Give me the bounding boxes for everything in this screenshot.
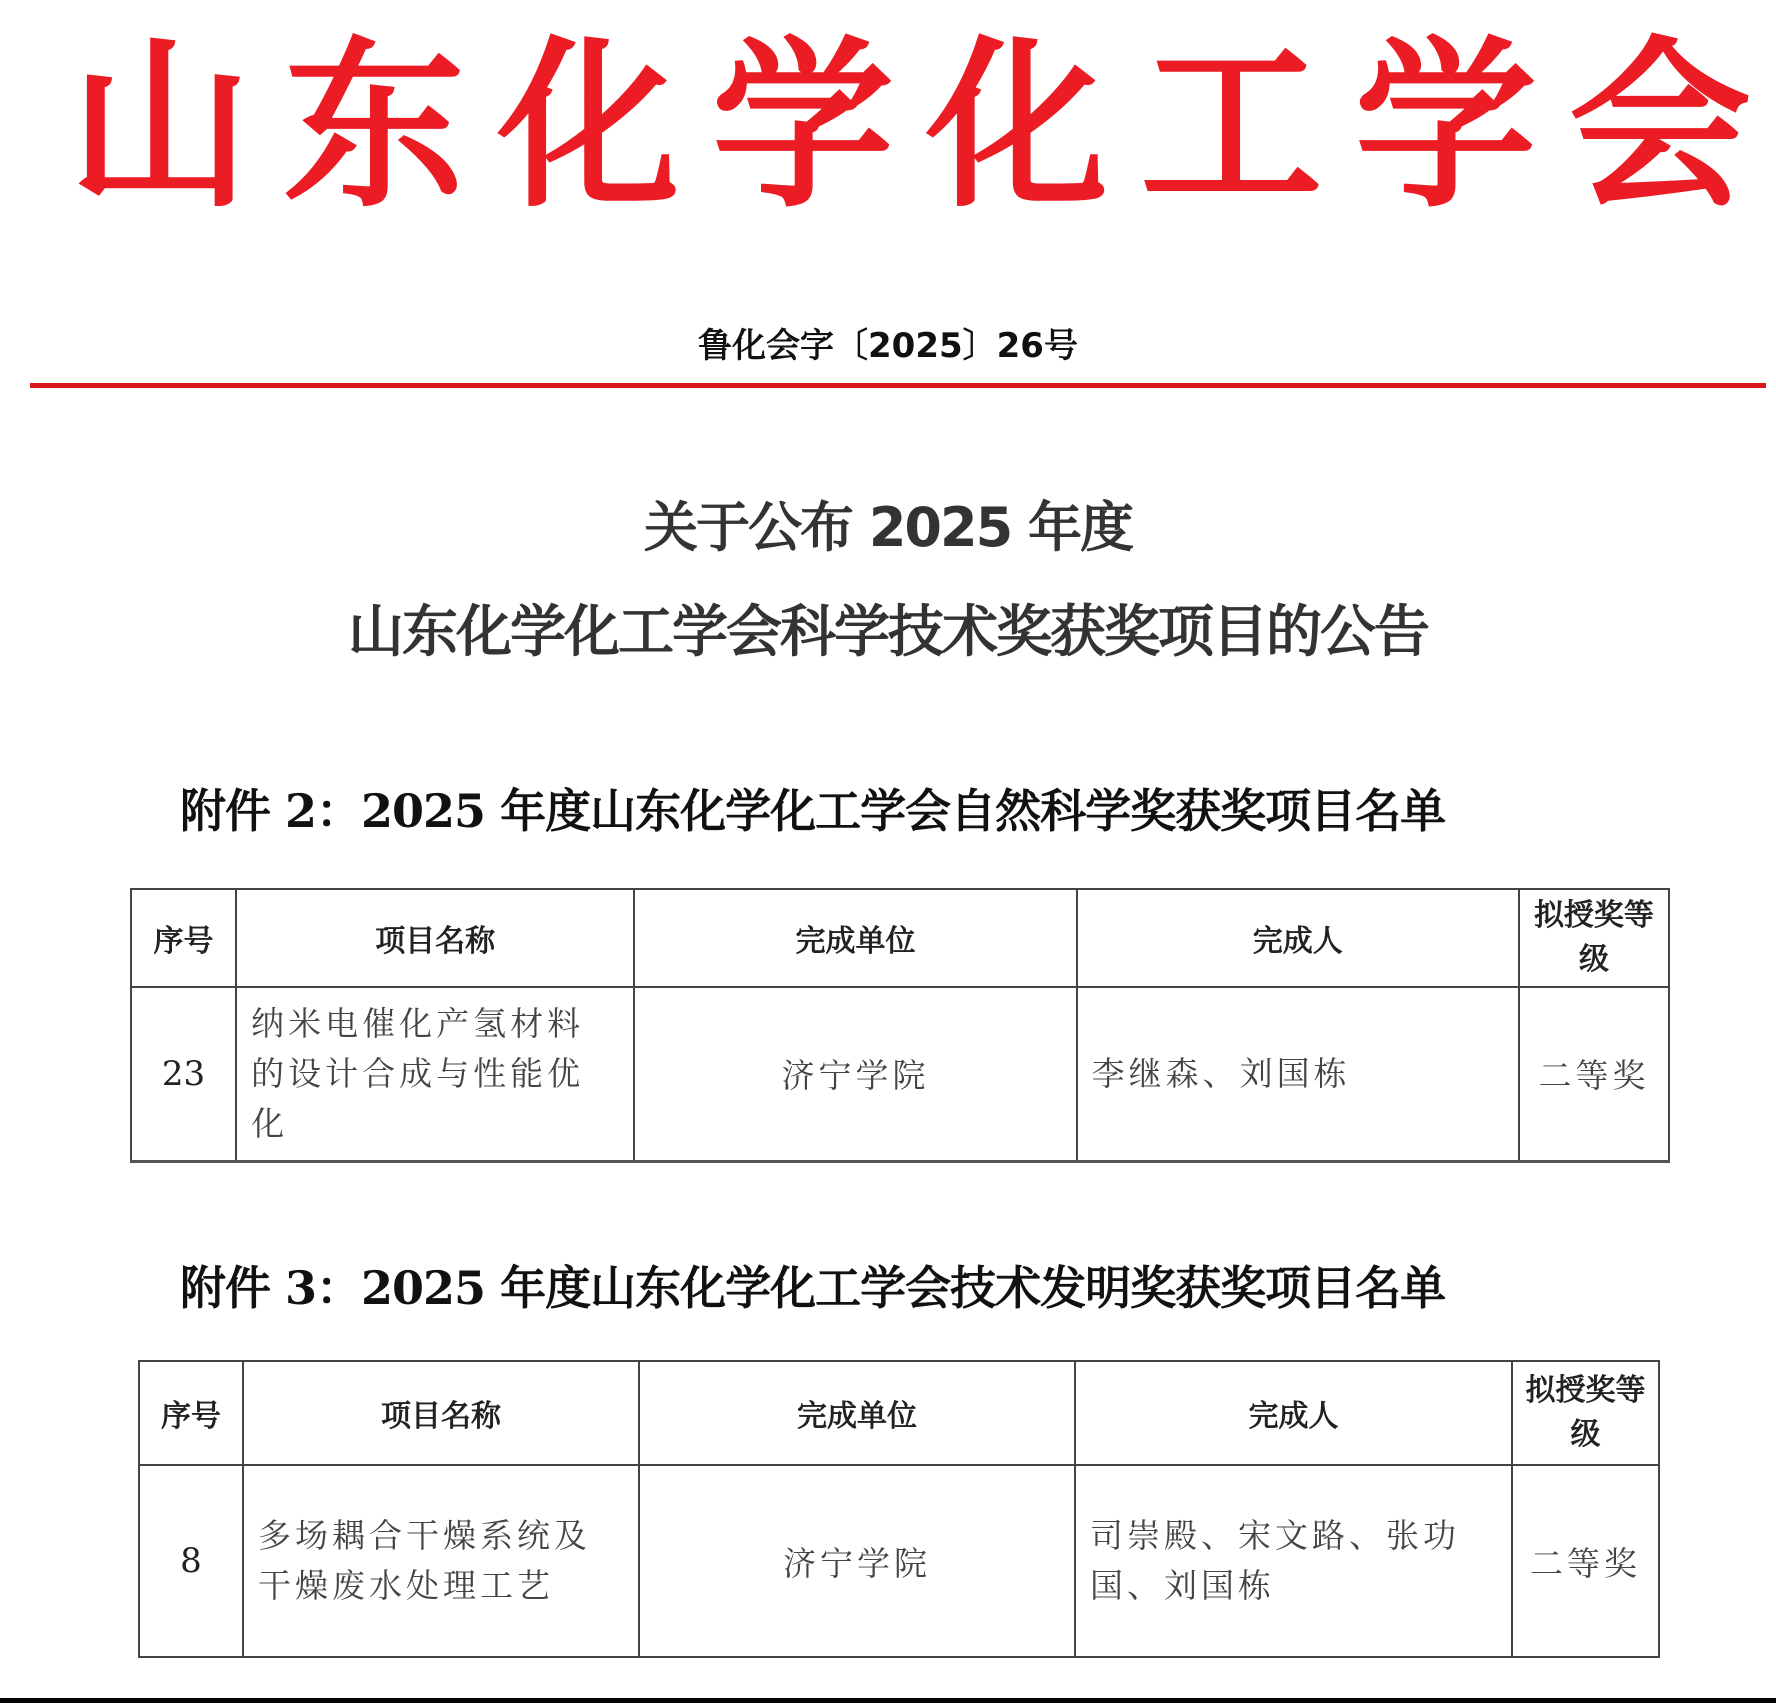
table-row: 8 多场耦合干燥系统及干燥废水处理工艺 济宁学院 司崇殿、宋文路、张功国、刘国栋… [139, 1465, 1659, 1657]
table-header-row: 序号 项目名称 完成单位 完成人 拟授奖等级 [139, 1361, 1659, 1465]
column-header-no: 序号 [139, 1361, 243, 1465]
red-divider [30, 383, 1766, 388]
column-header-project: 项目名称 [236, 889, 634, 987]
table-header-row: 序号 项目名称 完成单位 完成人 拟授奖等级 [131, 889, 1669, 987]
cell-persons: 李继森、刘国栋 [1077, 987, 1519, 1161]
column-header-unit: 完成单位 [639, 1361, 1075, 1465]
bottom-edge [0, 1698, 1776, 1703]
attachment3-heading: 附件 3：2025 年度山东化学化工学会技术发明奖获奖项目名单 [180, 1252, 1445, 1318]
cell-project: 纳米电催化产氢材料的设计合成与性能优化 [236, 987, 634, 1161]
cell-level: 二等奖 [1519, 987, 1669, 1161]
masthead-char: 学 [703, 30, 903, 220]
cell-level: 二等奖 [1512, 1465, 1659, 1657]
masthead-char: 山 [60, 30, 260, 220]
column-header-project: 项目名称 [243, 1361, 639, 1465]
column-header-level: 拟授奖等级 [1512, 1361, 1659, 1465]
column-header-no: 序号 [131, 889, 236, 987]
column-header-persons: 完成人 [1075, 1361, 1512, 1465]
cell-no: 8 [139, 1465, 243, 1657]
attachment2-heading: 附件 2：2025 年度山东化学化工学会自然科学奖获奖项目名单 [180, 775, 1445, 841]
column-header-level: 拟授奖等级 [1519, 889, 1669, 987]
cell-project: 多场耦合干燥系统及干燥废水处理工艺 [243, 1465, 639, 1657]
masthead-char: 工 [1131, 30, 1331, 220]
announcement-title-line2: 山东化学化工学会科学技术奖获奖项目的公告 [0, 588, 1776, 668]
cell-no: 23 [131, 987, 236, 1161]
organization-masthead: 山 东 化 学 化 工 学 会 [60, 30, 1760, 220]
table-row: 23 纳米电催化产氢材料的设计合成与性能优化 济宁学院 李继森、刘国栋 二等奖 [131, 987, 1669, 1161]
masthead-char: 东 [274, 30, 474, 220]
column-header-persons: 完成人 [1077, 889, 1519, 987]
masthead-char: 化 [917, 30, 1117, 220]
masthead-char: 学 [1346, 30, 1546, 220]
document-number: 鲁化会字〔2025〕26号 [0, 318, 1776, 367]
masthead-char: 化 [489, 30, 689, 220]
technical-invention-award-table: 序号 项目名称 完成单位 完成人 拟授奖等级 8 多场耦合干燥系统及干燥废水处理… [138, 1360, 1660, 1658]
cell-persons: 司崇殿、宋文路、张功国、刘国栋 [1075, 1465, 1512, 1657]
natural-science-award-table: 序号 项目名称 完成单位 完成人 拟授奖等级 23 纳米电催化产氢材料的设计合成… [130, 888, 1670, 1163]
announcement-title-line1: 关于公布 2025 年度 [0, 485, 1776, 562]
cell-unit: 济宁学院 [639, 1465, 1075, 1657]
masthead-char: 会 [1560, 30, 1760, 220]
column-header-unit: 完成单位 [634, 889, 1076, 987]
cell-unit: 济宁学院 [634, 987, 1076, 1161]
